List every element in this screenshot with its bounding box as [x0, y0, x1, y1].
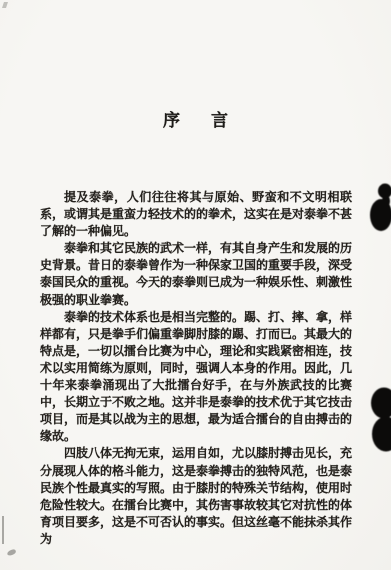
scan-smudge-artifact: [6, 549, 16, 557]
scanned-book-page: 序 言 提及泰拳，人们往往将其与原始、野蛮和不文明相联系，或谓其是重蛮力轻技术的…: [0, 0, 391, 570]
page-title: 序 言: [0, 106, 391, 131]
paragraph-2: 泰拳和其它民族的武术一样，有其自身产生和发展的历史背景。昔日的泰拳曾作为一种保家…: [40, 240, 352, 308]
paragraph-1: 提及泰拳，人们往往将其与原始、野蛮和不文明相联系，或谓其是重蛮力轻技术的的拳术，…: [40, 189, 352, 240]
paragraph-3: 泰拳的技术体系也是相当完整的。踢、打、摔、拿，样样都有，只是拳手们偏重拳脚肘膝的…: [40, 309, 352, 446]
scan-edge-line-artifact: [2, 516, 4, 544]
paragraph-4: 四肢八体无拘无束，运用自如，尤以膝肘搏击见长，充分展现人体的格斗能力，这是泰拳搏…: [40, 445, 352, 548]
ink-blot-artifact-bottom: [363, 386, 391, 456]
preface-text: 提及泰拳，人们往往将其与原始、野蛮和不文明相联系，或谓其是重蛮力轻技术的的拳术，…: [40, 189, 352, 548]
scan-speck-artifact: [2, 2, 8, 8]
ink-blot-artifact-top: [367, 183, 391, 237]
